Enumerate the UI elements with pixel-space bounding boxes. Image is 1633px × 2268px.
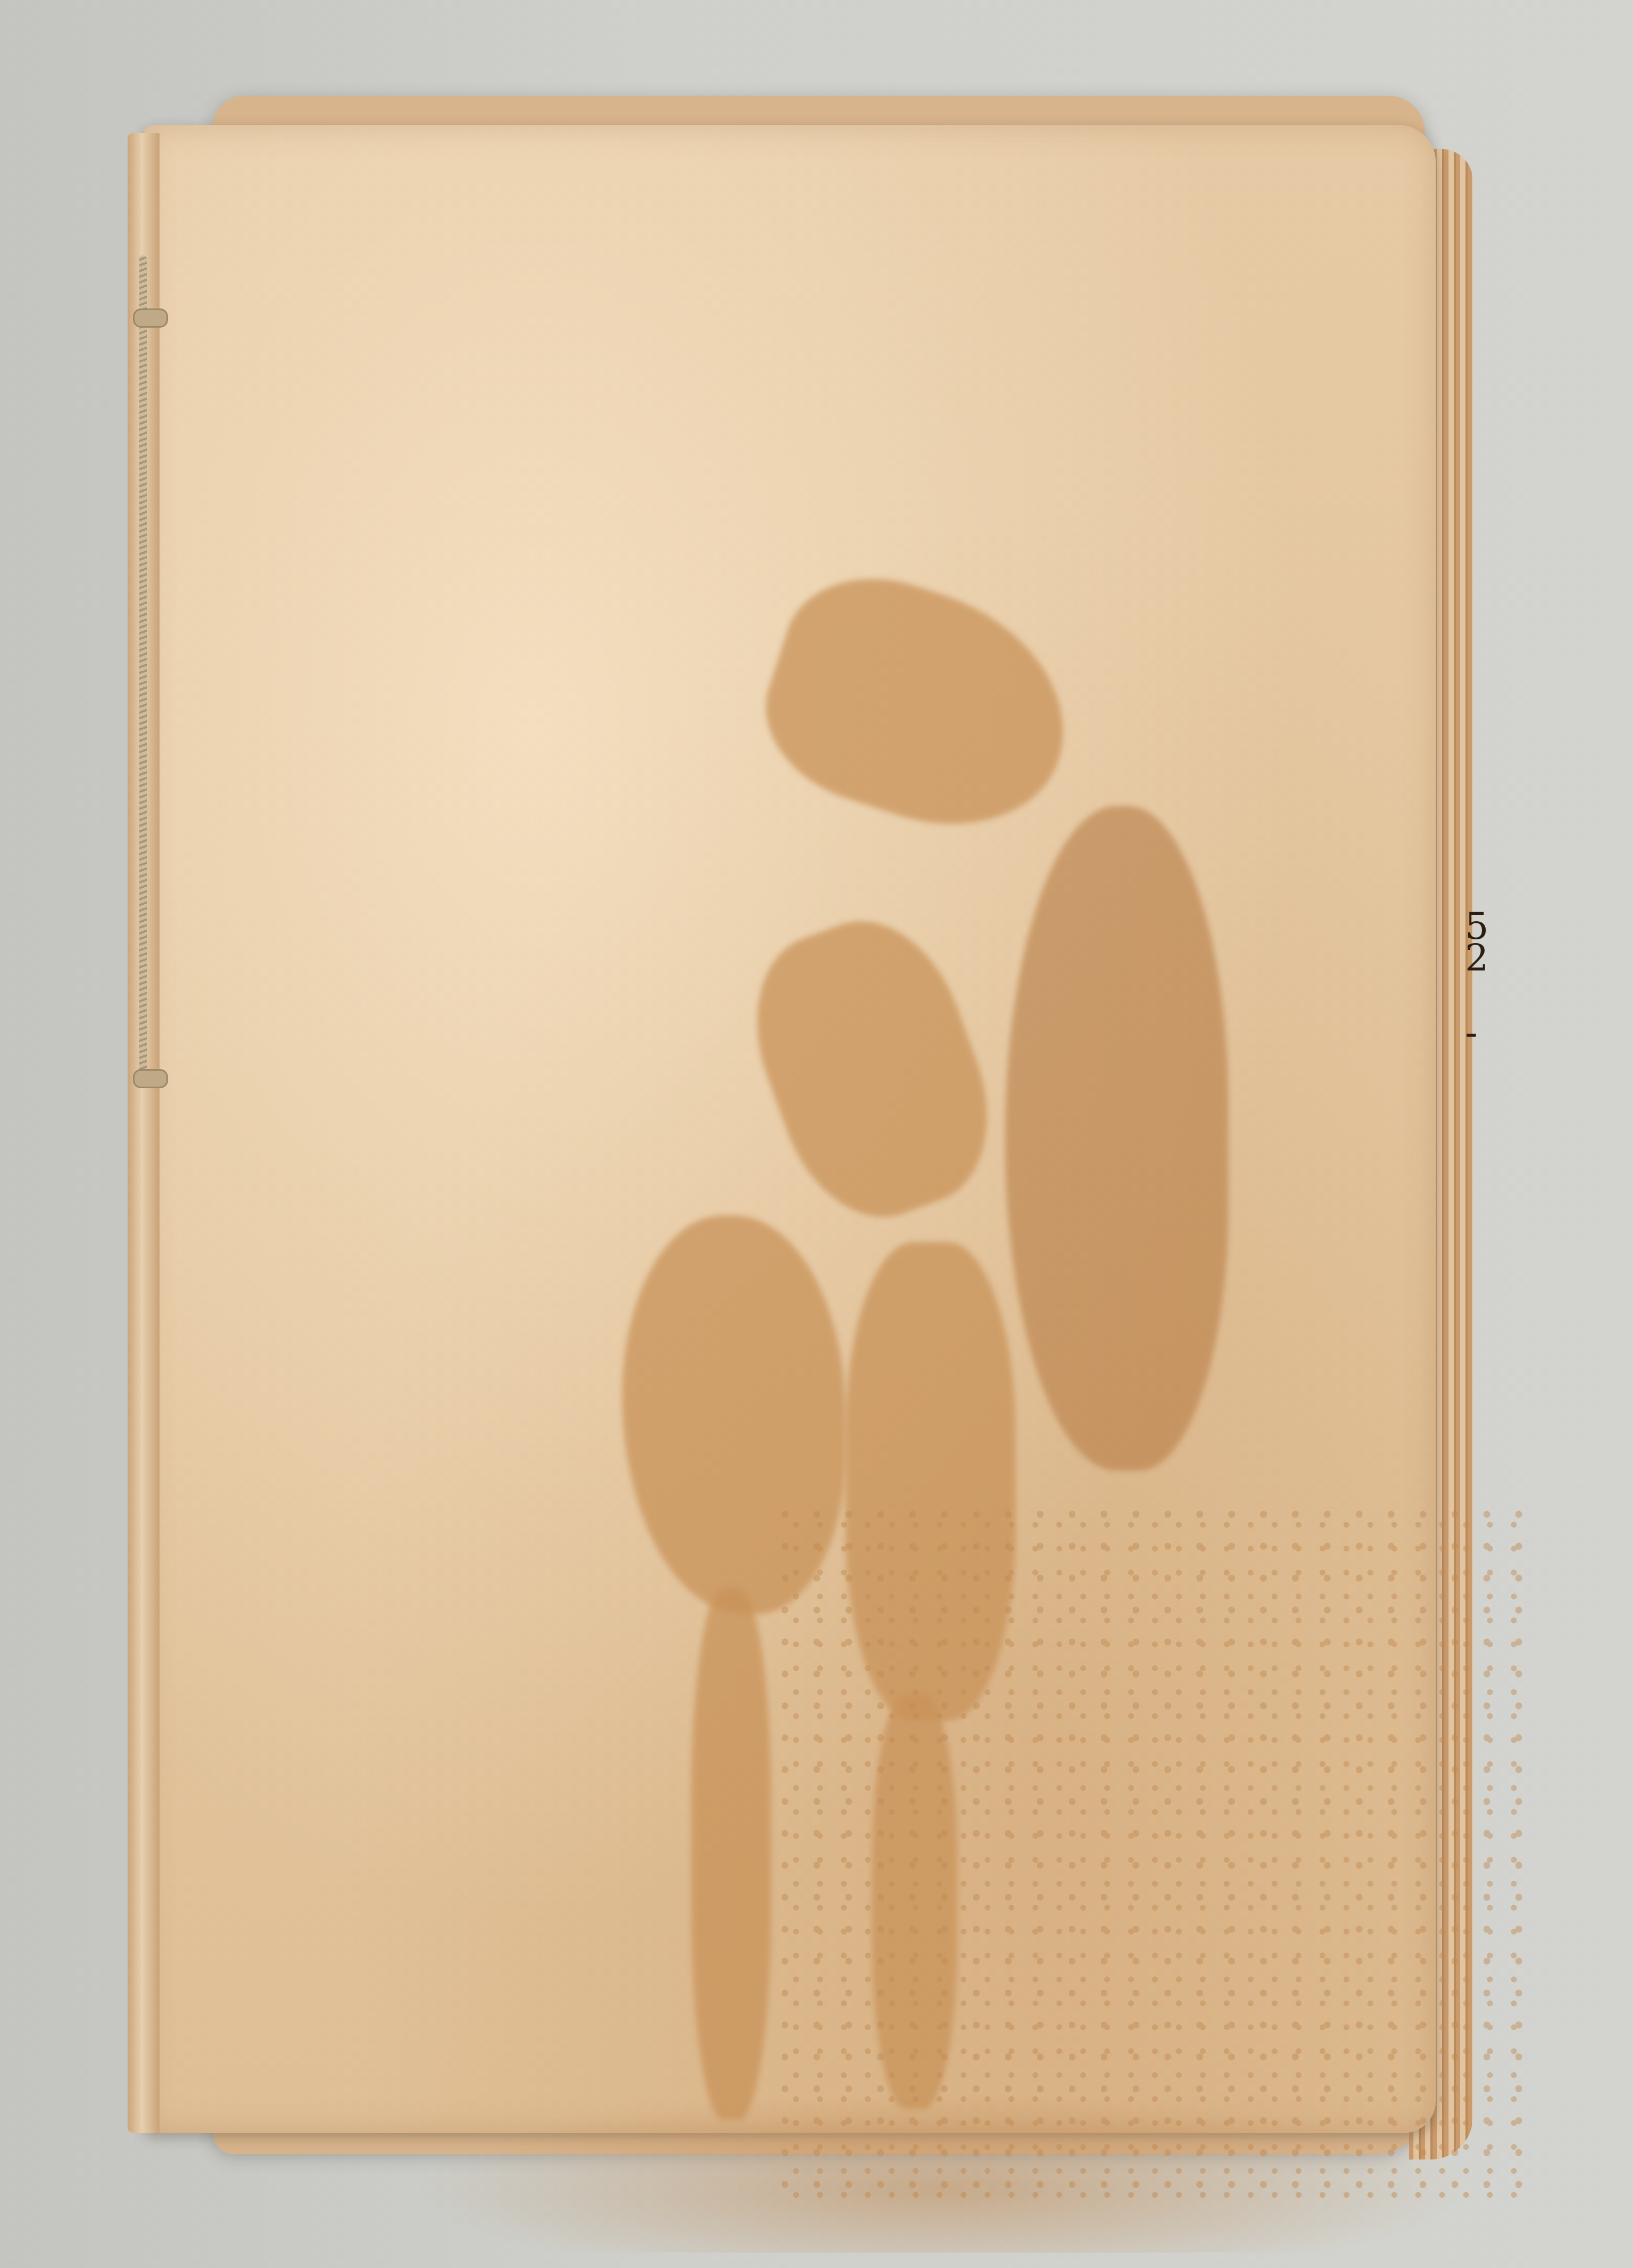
water-stain-drip-left — [691, 1588, 771, 2120]
edge-ink-mark: 2 — [1465, 936, 1489, 980]
water-stain-arm — [727, 897, 1017, 1241]
binding-string — [139, 255, 147, 1080]
water-stain-head — [744, 553, 1096, 857]
book-cover — [144, 125, 1436, 2133]
stain-bottom-wash — [409, 2093, 1473, 2253]
binding-knot-top — [133, 308, 168, 328]
edge-ink-mark: - — [1465, 1011, 1478, 1054]
water-stain-back — [1005, 806, 1228, 1471]
binding-knot-middle — [133, 1069, 168, 1088]
